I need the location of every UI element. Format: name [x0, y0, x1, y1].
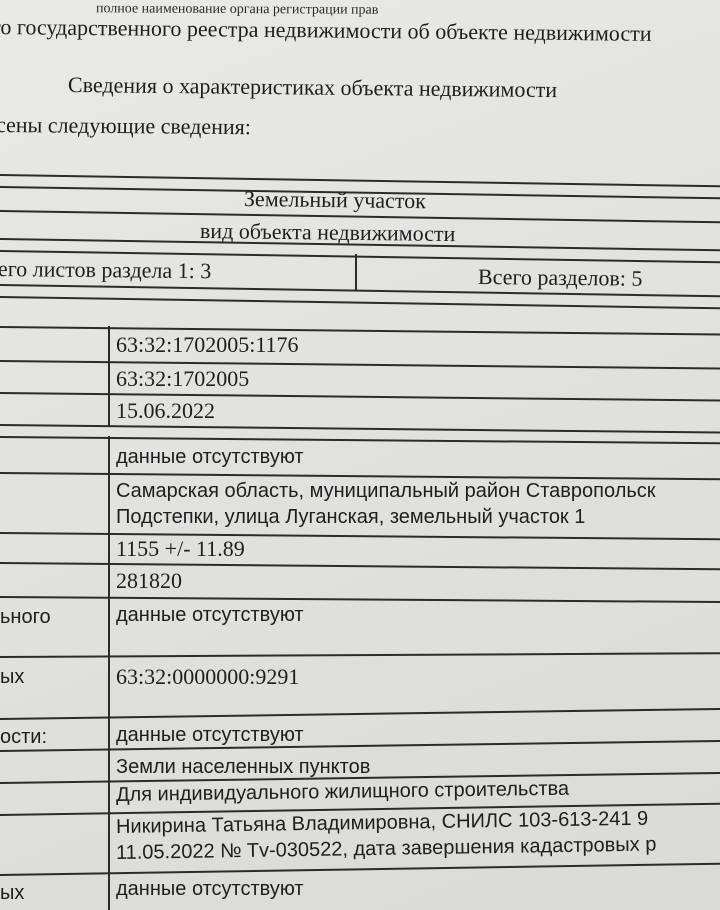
area: 1155 +/- 11.89 [116, 536, 245, 562]
row-label: ых [0, 666, 24, 689]
row-label: ых [0, 882, 24, 905]
extract-title: го государственного реестра недвижимости… [0, 14, 652, 47]
divider [355, 254, 357, 290]
total-sections: Всего разделов: 5 [478, 264, 643, 292]
divider [0, 296, 720, 310]
category-info: данные отсутствуют [116, 724, 304, 747]
column-divider [108, 436, 110, 910]
sheets-of-section: его листов раздела 1: 3 [0, 256, 211, 284]
cadastral-value: 281820 [116, 568, 182, 594]
object-type: Земельный участок [244, 186, 426, 214]
assignment-date: 15.06.2022 [116, 398, 215, 424]
row-label: ости: [0, 726, 47, 749]
address-line-2: Подстепки, улица Луганская, земельный уч… [116, 506, 585, 529]
cadastral-engineer-line-2: 11.05.2022 № Tv-030522, дата завершения … [116, 834, 657, 865]
intro-text: сены следующие сведения: [0, 112, 251, 140]
related-cadastral-number: 63:32:0000000:9291 [116, 664, 299, 690]
cadastral-quarter: 63:32:1702005 [116, 366, 249, 392]
document-page: полное наименование органа регистрации п… [0, 0, 720, 910]
column-divider [108, 326, 110, 426]
permitted-use: Для индивидуального жилищного строительс… [116, 778, 569, 807]
cadastral-number: 63:32:1702005:1176 [116, 332, 299, 358]
forest-info: данные отсутствуют [116, 878, 304, 901]
divider [0, 174, 720, 188]
previous-number: данные отсутствуют [116, 446, 304, 469]
row-label: ьного [0, 606, 51, 629]
section-title: Сведения о характеристиках объекта недви… [68, 72, 557, 103]
land-category: Земли населенных пунктов [116, 756, 370, 779]
address-line-1: Самарская область, муниципальный район С… [116, 480, 656, 503]
included-objects: данные отсутствуют [116, 604, 304, 627]
row-divider [0, 424, 720, 434]
